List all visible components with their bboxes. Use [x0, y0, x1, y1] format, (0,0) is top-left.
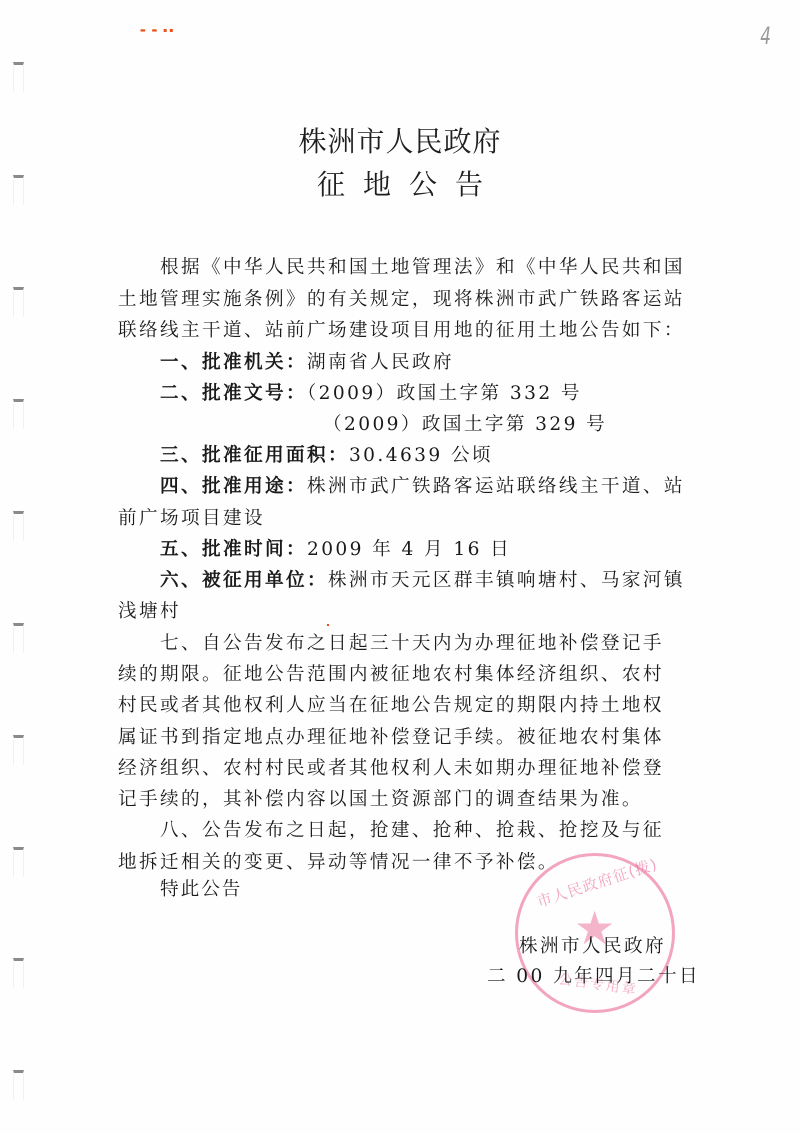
item-approval-document-number: 二、批准文号：（2009）政国土字第 332 号 — [160, 381, 582, 407]
scan-speck — [327, 624, 329, 626]
item-approved-use: 四、批准用途：株洲市武广铁路客运站联络线主干道、站 — [160, 474, 685, 500]
item-value: （2009）政国土字第 332 号 — [307, 383, 582, 404]
item-value: 2009 年 4 月 16 日 — [307, 539, 511, 560]
scanned-document-page: ▬ ▬ ▪▪ 4 株洲市人民政府 征地公告 根据《中华人民共和国土地管理法》和《… — [0, 0, 800, 1134]
closing-remark: 特此公告 — [160, 875, 242, 901]
item-label: 六、被征用单位： — [160, 570, 328, 591]
item-label: 四、批准用途： — [160, 476, 307, 497]
binder-hole-mark — [13, 62, 24, 92]
item-label: 五、批准时间： — [160, 539, 307, 560]
section-7-line: 属证书到指定地点办理征地补偿登记手续。被征地农村集体 — [118, 725, 664, 751]
binder-hole-mark — [13, 1070, 24, 1100]
item-approved-use-continuation: 前广场项目建设 — [118, 506, 265, 532]
handwritten-page-number: 4 — [760, 22, 771, 50]
section-7-line: 村民或者其他权利人应当在征地公告规定的期限内持土地权 — [118, 693, 664, 719]
item-value: 株洲市武广铁路客运站联络线主干道、站 — [307, 476, 685, 497]
item-approved-area: 三、批准征用面积：30.4639 公顷 — [160, 443, 493, 469]
binder-hole-mark — [13, 511, 24, 541]
binder-hole-mark — [13, 287, 24, 317]
item-value: 30.4639 公顷 — [349, 445, 493, 466]
section-7-line: 续的期限。征地公告范围内被征地农村集体经济组织、农村 — [118, 662, 664, 688]
item-approval-document-number-2: （2009）政国土字第 329 号 — [323, 412, 607, 438]
scan-artifact-dots: ▬ ▬ ▪▪ — [140, 27, 175, 34]
item-expropriated-units-continuation: 浅塘村 — [118, 599, 181, 625]
section-8-line: 地拆迁相关的变更、异动等情况一律不予补偿。 — [118, 850, 559, 876]
intro-line: 土地管理实施条例》的有关规定，现将株洲市武广铁路客运站 — [118, 287, 685, 313]
item-label: 一、批准机关： — [160, 352, 307, 373]
section-8-line: 八、公告发布之日起，抢建、抢种、抢栽、抢挖及与征 — [160, 818, 664, 844]
binder-hole-mark — [13, 958, 24, 988]
intro-line: 联络线主干道、站前广场建设项目用地的征用土地公告如下： — [118, 318, 685, 344]
document-subtitle: 征地公告 — [0, 163, 800, 203]
item-value: 株洲市天元区群丰镇响塘村、马家河镇 — [328, 570, 685, 591]
signature-organization: 株洲市人民政府 — [519, 932, 666, 958]
item-value: 湖南省人民政府 — [307, 352, 454, 373]
binder-hole-mark — [13, 399, 24, 429]
item-label: 三、批准征用面积： — [160, 445, 349, 466]
section-7-line: 七、自公告发布之日起三十天内为办理征地补偿登记手 — [160, 631, 664, 657]
section-7-line: 记手续的，其补偿内容以国土资源部门的调查结果为准。 — [118, 787, 643, 813]
signature-date: 二 00 九年四月二十日 — [487, 962, 700, 988]
document-issuer-title: 株洲市人民政府 — [0, 120, 800, 160]
item-approval-date: 五、批准时间：2009 年 4 月 16 日 — [160, 537, 511, 563]
item-label: 二、批准文号： — [160, 383, 307, 404]
section-7-line: 经济组织、农村村民或者其他权利人未如期办理征地补偿登 — [118, 756, 664, 782]
item-expropriated-units: 六、被征用单位：株洲市天元区群丰镇响塘村、马家河镇 — [160, 568, 685, 594]
intro-line: 根据《中华人民共和国土地管理法》和《中华人民共和国 — [160, 255, 685, 281]
binder-hole-mark — [13, 735, 24, 765]
binder-hole-mark — [13, 623, 24, 653]
item-approval-authority: 一、批准机关：湖南省人民政府 — [160, 350, 454, 376]
binder-hole-mark — [13, 847, 24, 877]
